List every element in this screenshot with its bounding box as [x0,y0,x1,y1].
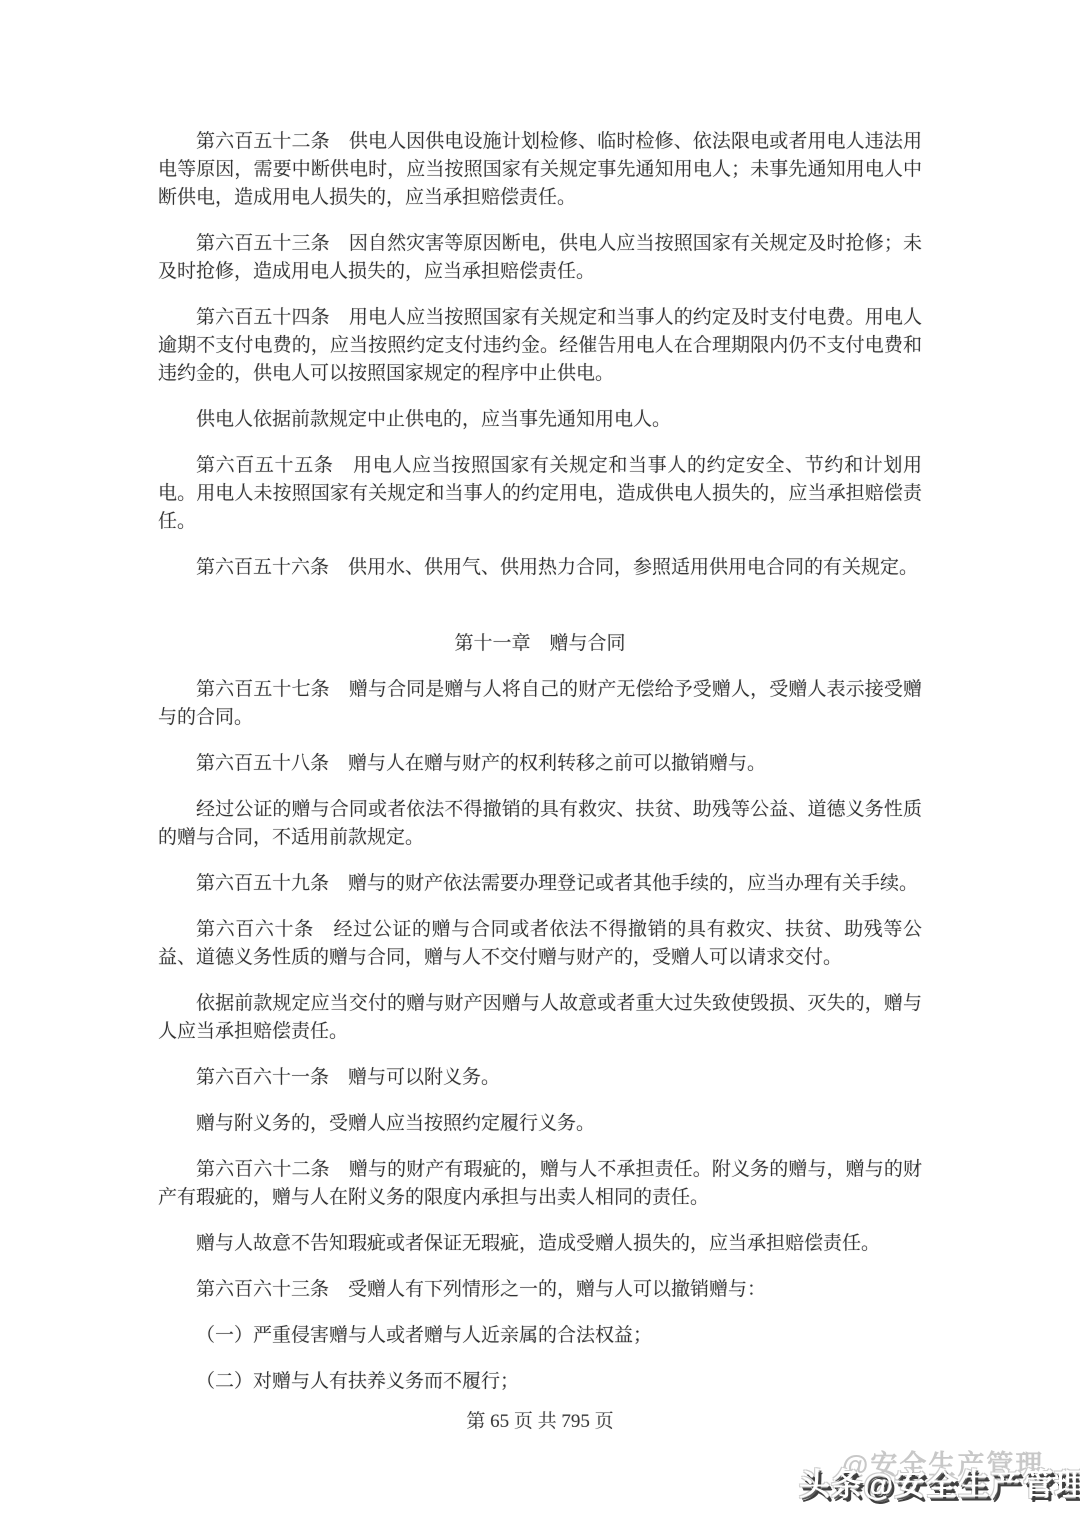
watermark-main-text: 头条@安全生产管理 [799,1469,1080,1500]
paragraph: 第六百六十条 经过公证的赠与合同或者依法不得撤销的具有救灾、扶贫、助残等公益、道… [158,916,922,972]
paragraph: 第六百五十四条 用电人应当按照国家有关规定和当事人的约定及时支付电费。用电人逾期… [158,304,922,388]
paragraph: 赠与附义务的，受赠人应当按照约定履行义务。 [158,1110,922,1138]
paragraph: （二）对赠与人有扶养义务而不履行； [158,1368,922,1396]
paragraph: 第六百六十三条 受赠人有下列情形之一的，赠与人可以撤销赠与： [158,1276,922,1304]
paragraph: 依据前款规定应当交付的赠与财产因赠与人故意或者重大过失致使毁损、灭失的，赠与人应… [158,990,922,1046]
paragraph: 第六百五十八条 赠与人在赠与财产的权利转移之前可以撤销赠与。 [158,750,922,778]
paragraph: （一）严重侵害赠与人或者赠与人近亲属的合法权益； [158,1322,922,1350]
paragraph: 第六百六十二条 赠与的财产有瑕疵的，赠与人不承担责任。附义务的赠与，赠与的财产有… [158,1156,922,1212]
page-number: 第 65 页 共 795 页 [0,1406,1080,1433]
paragraph: 第六百五十二条 供电人因供电设施计划检修、临时检修、依法限电或者用电人违法用电等… [158,128,922,212]
paragraph: 第六百六十一条 赠与可以附义务。 [158,1064,922,1092]
paragraph: 赠与人故意不告知瑕疵或者保证无瑕疵，造成受赠人损失的，应当承担赔偿责任。 [158,1230,922,1258]
paragraph: 供电人依据前款规定中止供电的，应当事先通知用电人。 [158,406,922,434]
chapter-heading: 第十一章 赠与合同 [158,630,922,658]
paragraph: 经过公证的赠与合同或者依法不得撤销的具有救灾、扶贫、助残等公益、道德义务性质的赠… [158,796,922,852]
paragraph: 第六百五十五条 用电人应当按照国家有关规定和当事人的约定安全、节约和计划用电。用… [158,452,922,536]
watermark-ghost-text: @安全生产管理 [842,1452,1044,1479]
document-body: 第六百五十二条 供电人因供电设施计划检修、临时检修、依法限电或者用电人违法用电等… [158,0,922,1396]
document-page: 第六百五十二条 供电人因供电设施计划检修、临时检修、依法限电或者用电人违法用电等… [0,0,1080,1527]
paragraph: 第六百五十七条 赠与合同是赠与人将自己的财产无偿给予受赠人，受赠人表示接受赠与的… [158,676,922,732]
paragraph: 第六百五十六条 供用水、供用气、供用热力合同，参照适用供用电合同的有关规定。 [158,554,922,582]
paragraph: 第六百五十三条 因自然灾害等原因断电，供电人应当按照国家有关规定及时抢修；未及时… [158,230,922,286]
paragraph: 第六百五十九条 赠与的财产依法需要办理登记或者其他手续的，应当办理有关手续。 [158,870,922,898]
